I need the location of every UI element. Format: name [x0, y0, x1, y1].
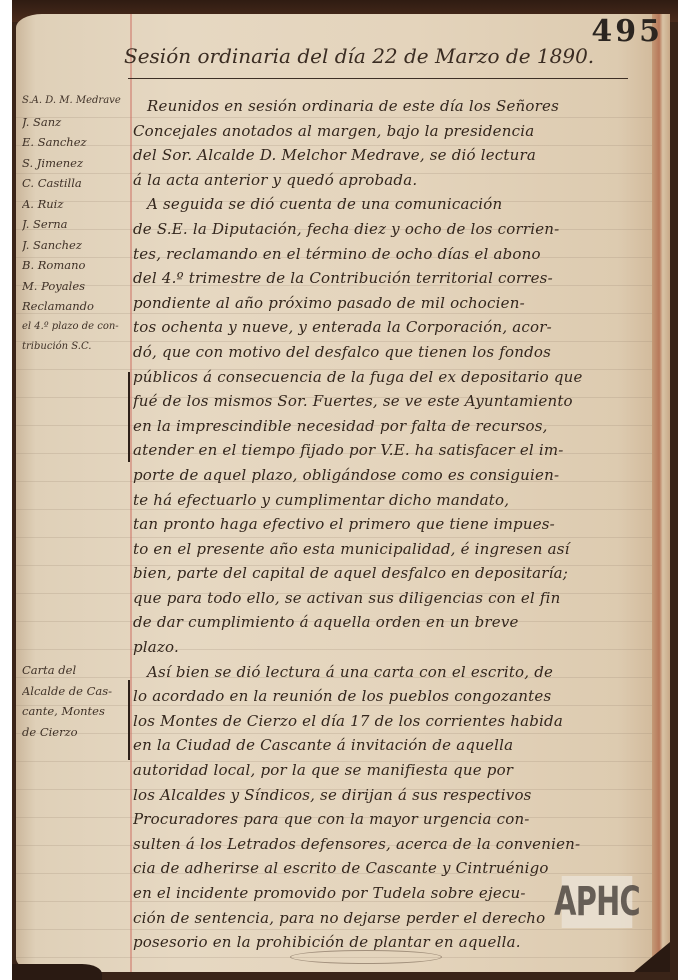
margin-subject-note: el 4.º plazo de con-	[22, 317, 126, 338]
minutes-body: Reunidos en sesión ordinaria de este día…	[133, 94, 663, 955]
text-line: porte de aquel plazo, obligándose como e…	[133, 463, 663, 488]
title-underline	[128, 78, 628, 79]
attendee-name: E. Sanchez	[22, 132, 126, 153]
text-line: sulten á los Letrados defensores, acerca…	[133, 832, 663, 857]
margin-bracket	[128, 680, 130, 760]
text-line: autoridad local, por la que se manifiest…	[133, 758, 663, 783]
attendee-name: J. Serna	[22, 214, 126, 235]
closing-flourish	[290, 950, 442, 964]
text-line: de dar cumplimiento á aquella orden en u…	[133, 610, 663, 635]
text-line: tes, reclamando en el término de ocho dí…	[133, 242, 663, 267]
attendee-name: C. Castilla	[22, 173, 126, 194]
attendee-name: J. Sanchez	[22, 235, 126, 256]
text-line: to en el presente año esta municipalidad…	[133, 537, 663, 562]
text-line: los Alcaldes y Síndicos, se dirijan á su…	[133, 783, 663, 808]
text-line: tos ochenta y nueve, y enterada la Corpo…	[133, 315, 663, 340]
text-line: tan pronto haga efectivo el primero que …	[133, 512, 663, 537]
archive-watermark: APHC	[562, 876, 633, 928]
page-title: Sesión ordinaria del día 22 de Marzo de …	[124, 44, 634, 68]
text-line: en la Ciudad de Cascante á invitación de…	[133, 733, 663, 758]
attendee-name: B. Romano	[22, 255, 126, 276]
text-line: pondiente al año próximo pasado de mil o…	[133, 291, 663, 316]
text-line: que para todo ello, se activan sus dilig…	[133, 586, 663, 611]
text-line: del Sor. Alcalde D. Melchor Medrave, se …	[133, 143, 663, 168]
text-line: Procuradores para que con la mayor urgen…	[133, 807, 663, 832]
text-line: te há efectuarlo y cumplimentar dicho ma…	[133, 488, 663, 513]
attendee-name: J. Sanz	[22, 112, 126, 133]
margin-attendees: S.A. D. M. Medrave J. Sanz E. Sanchez S.…	[22, 91, 126, 358]
margin-subject-note: Reclamando	[22, 296, 126, 317]
text-line: Concejales anotados al margen, bajo la p…	[133, 119, 663, 144]
text-line: A seguida se dió cuenta de una comunicac…	[133, 192, 663, 217]
text-line: bien, parte del capital de aquel desfalc…	[133, 561, 663, 586]
attendee-name: M. Poyales	[22, 276, 126, 297]
text-line: dó, que con motivo del desfalco que tien…	[133, 340, 663, 365]
text-line: lo acordado en la reunión de los pueblos…	[133, 684, 663, 709]
margin-subject-note: Alcalde de Cas-	[22, 681, 128, 702]
attendee-name: S. Jimenez	[22, 153, 126, 174]
margin-subject-note-2: Carta del Alcalde de Cas- cante, Montes …	[22, 660, 128, 742]
attendee-name: S.A. D. M. Medrave	[22, 91, 126, 112]
text-line: del 4.º trimestre de la Contribución ter…	[133, 266, 663, 291]
margin-bracket	[128, 372, 130, 462]
text-line: á la acta anterior y quedó aprobada.	[133, 168, 663, 193]
margin-subject-note: Carta del	[22, 660, 128, 681]
text-line: públicos á consecuencia de la fuga del e…	[133, 365, 663, 390]
attendee-name: A. Ruiz	[22, 194, 126, 215]
margin-subject-note: cante, Montes	[22, 701, 128, 722]
text-line: Así bien se dió lectura á una carta con …	[133, 660, 663, 685]
margin-subject-note: de Cierzo	[22, 722, 128, 743]
margin-rule	[130, 14, 132, 972]
margin-subject-note: tribución S.C.	[22, 337, 126, 358]
text-line: atender en el tiempo fijado por V.E. ha …	[133, 438, 663, 463]
text-line: plazo.	[133, 635, 663, 660]
book-bottom-corner	[12, 964, 102, 980]
text-line: fué de los mismos Sor. Fuertes, se ve es…	[133, 389, 663, 414]
text-line: en la imprescindible necesidad por falta…	[133, 414, 663, 439]
text-line: de S.E. la Diputación, fecha diez y ocho…	[133, 217, 663, 242]
text-line: Reunidos en sesión ordinaria de este día…	[133, 94, 663, 119]
text-line: los Montes de Cierzo el día 17 de los co…	[133, 709, 663, 734]
